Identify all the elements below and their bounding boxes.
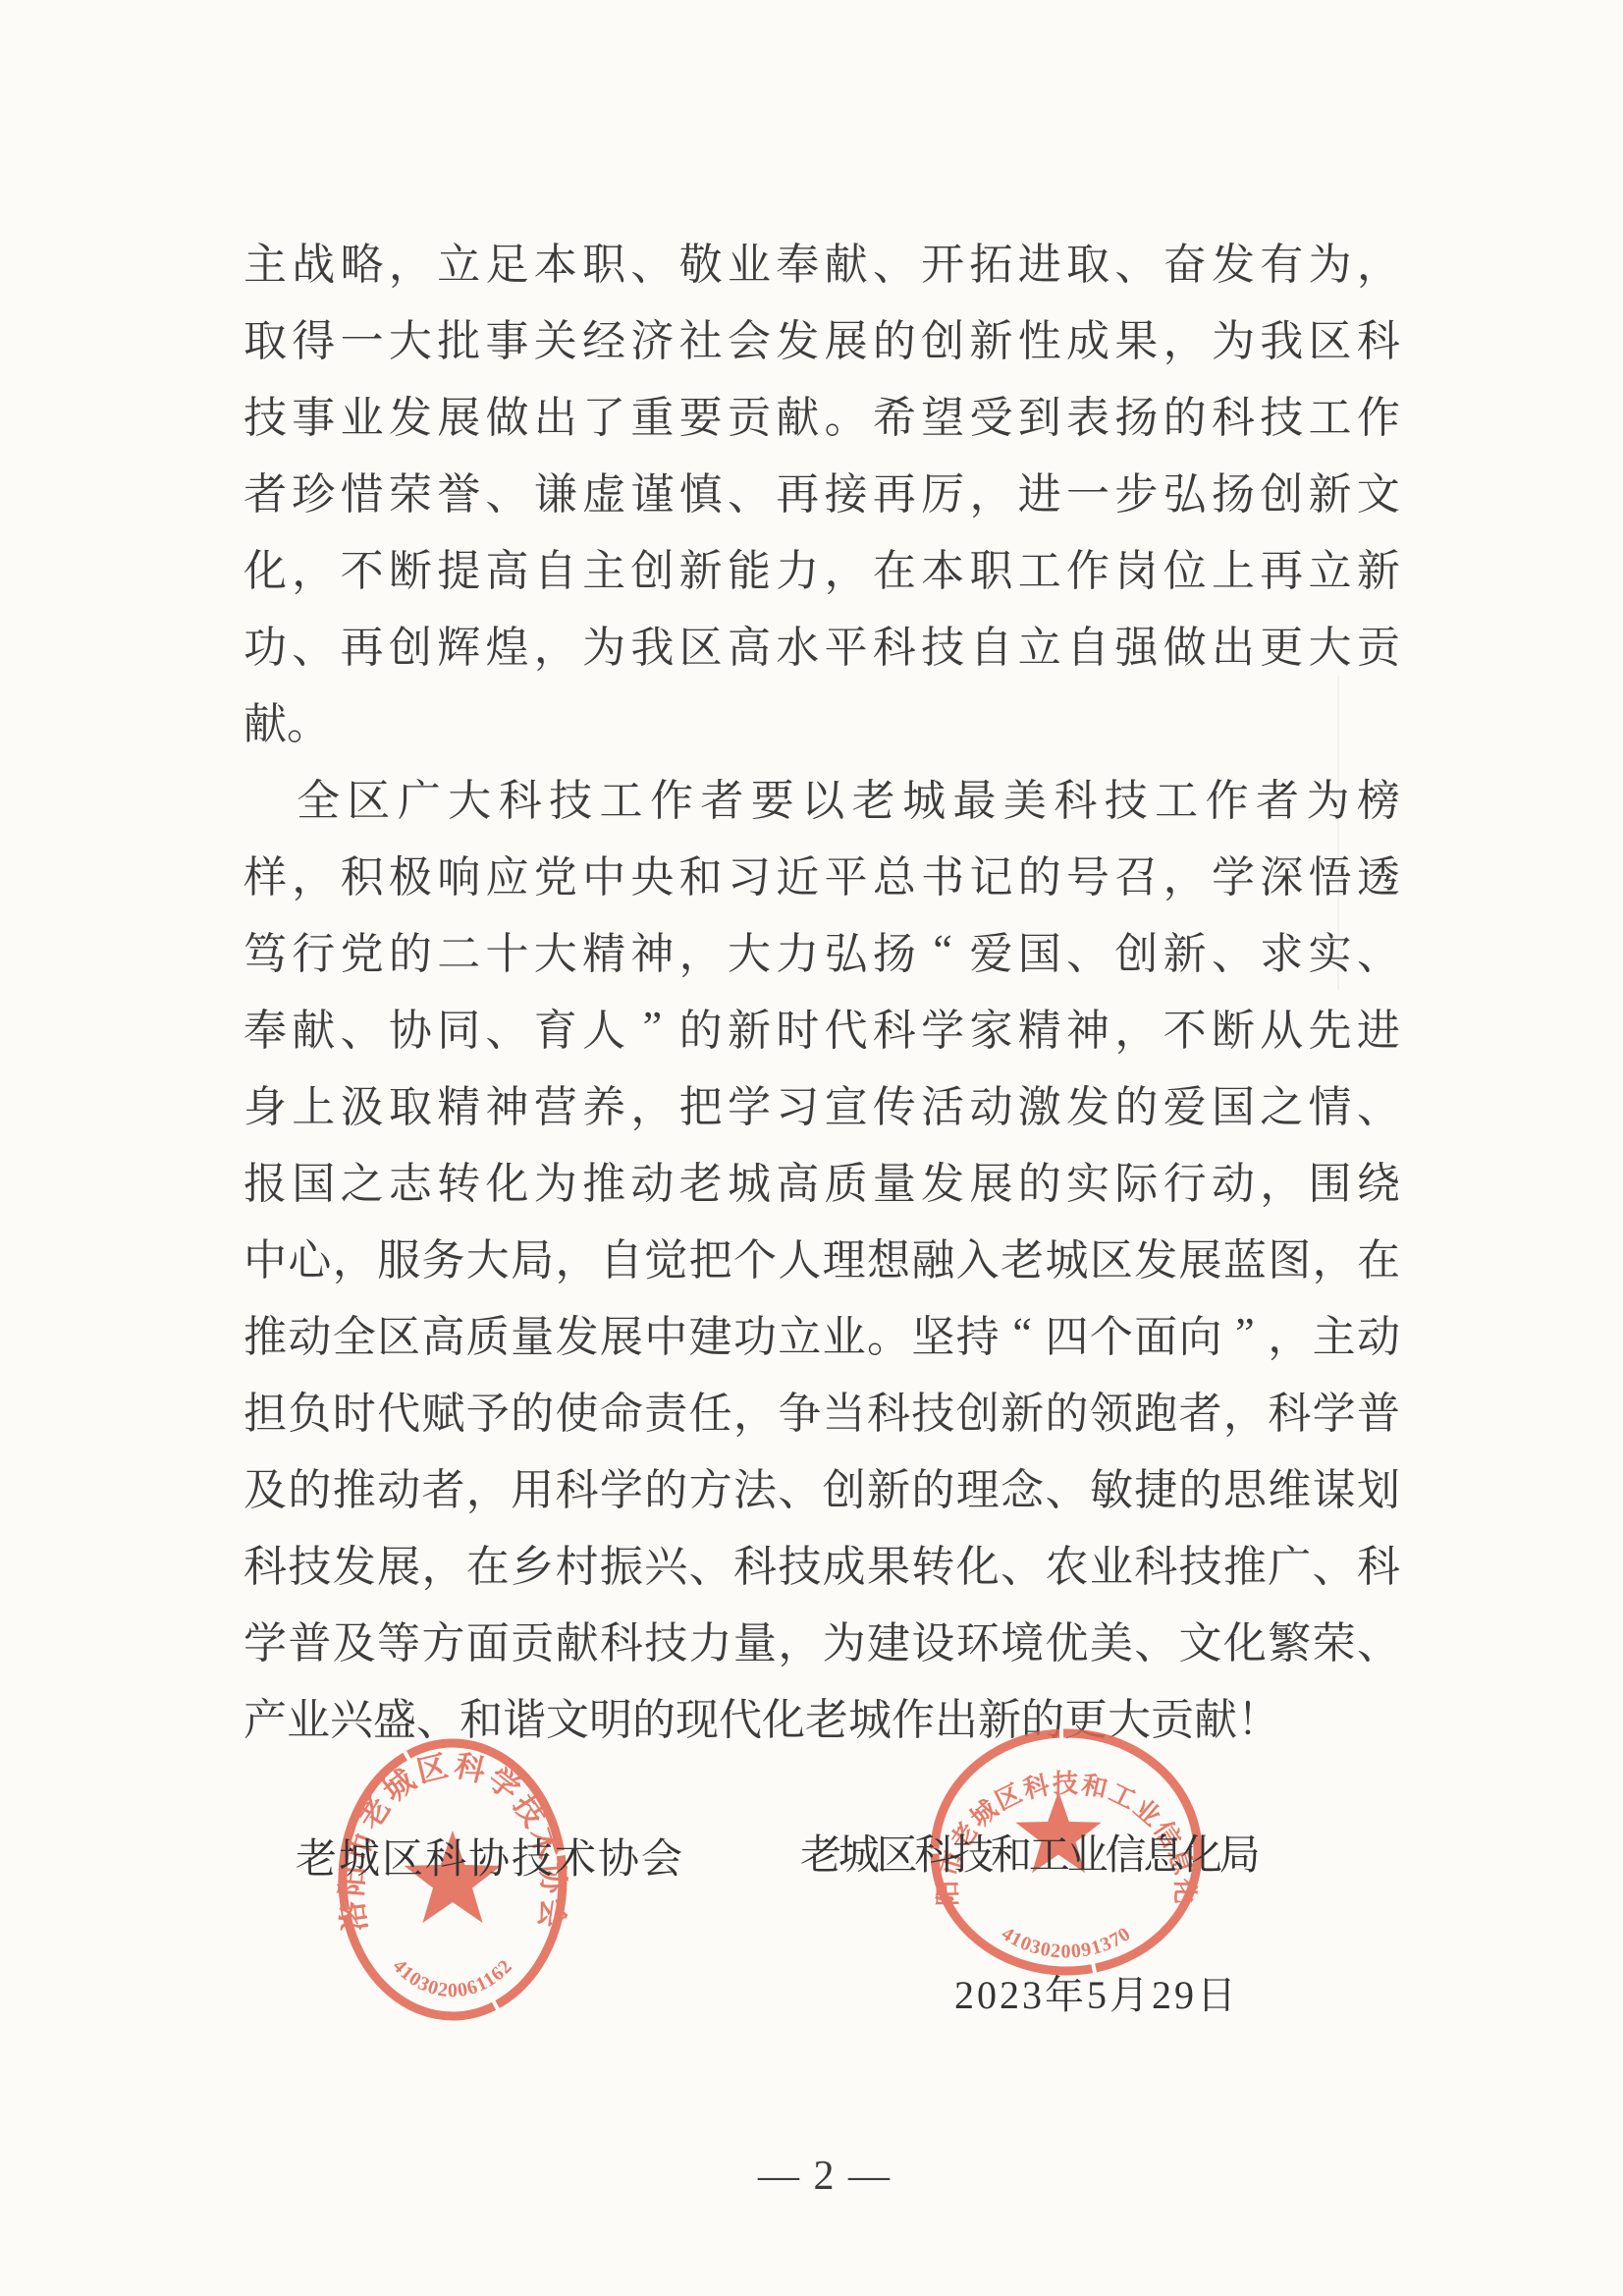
text-line: 献。	[243, 682, 1400, 758]
scanned-document-page: 主战略，立足本职、敬业奉献、开拓进取、奋发有为， 取得一大批事关经济社会发展的创…	[0, 0, 1623, 2296]
text-line: 全区广大科技工作者要以老城最美科技工作者为榜	[243, 758, 1400, 835]
text-line: 奉献、协同、育人”的新时代科学家精神，不断从先进	[243, 988, 1400, 1065]
text-line: 担负时代赋予的使命责任，争当科技创新的领跑者，科学普	[243, 1371, 1400, 1448]
text-line: 功、再创辉煌，为我区高水平科技自立自强做出更大贡	[243, 605, 1400, 682]
text-line: 笃行党的二十大精神，大力弘扬“爱国、创新、求实、	[243, 911, 1400, 988]
text-line: 及的推动者，用科学的方法、创新的理念、敏捷的思维谋划	[243, 1448, 1400, 1524]
seal-serial: 4103020061162	[389, 1955, 517, 2001]
text-line: 技事业发展做出了重要贡献。希望受到表扬的科技工作	[243, 375, 1400, 452]
text-line: 学普及等方面贡献科技力量，为建设环境优美、文化繁荣、	[243, 1601, 1400, 1677]
signature-left-org: 老城区科协技术协会	[295, 1831, 683, 1882]
text-line: 化，不断提高自主创新能力，在本职工作岗位上再立新	[243, 528, 1400, 605]
text-line: 取得一大批事关经济社会发展的创新性成果，为我区科	[243, 299, 1400, 375]
text-line: 主战略，立足本职、敬业奉献、开拓进取、奋发有为，	[243, 222, 1400, 299]
text-line: 科技发展，在乡村振兴、科技成果转化、农业科技推广、科	[243, 1524, 1400, 1601]
text-line: 样，积极响应党中央和习近平总书记的号召，学深悟透	[243, 835, 1400, 911]
page-number: — 2 —	[758, 2153, 892, 2200]
document-date: 2023年5月29日	[954, 1964, 1239, 2020]
text-line: 推动全区高质量发展中建功立业。坚持“四个面向”，主动	[243, 1294, 1400, 1371]
text-line: 报国之志转化为推动老城高质量发展的实际行动，围绕	[243, 1141, 1400, 1218]
text-line: 身上汲取精神营养，把学习宣传活动激发的爱国之情、	[243, 1065, 1400, 1141]
text-line: 者珍惜荣誉、谦虚谨慎、再接再厉，进一步弘扬创新文	[243, 452, 1400, 528]
text-line: 中心，服务大局，自觉把个人理想融入老城区发展蓝图，在	[243, 1218, 1400, 1294]
signature-right-org: 老城区科技和工业信息化局	[800, 1827, 1258, 1878]
document-body: 主战略，立足本职、敬业奉献、开拓进取、奋发有为， 取得一大批事关经济社会发展的创…	[243, 222, 1400, 1754]
seal-serial: 4103020091370	[998, 1923, 1135, 1962]
